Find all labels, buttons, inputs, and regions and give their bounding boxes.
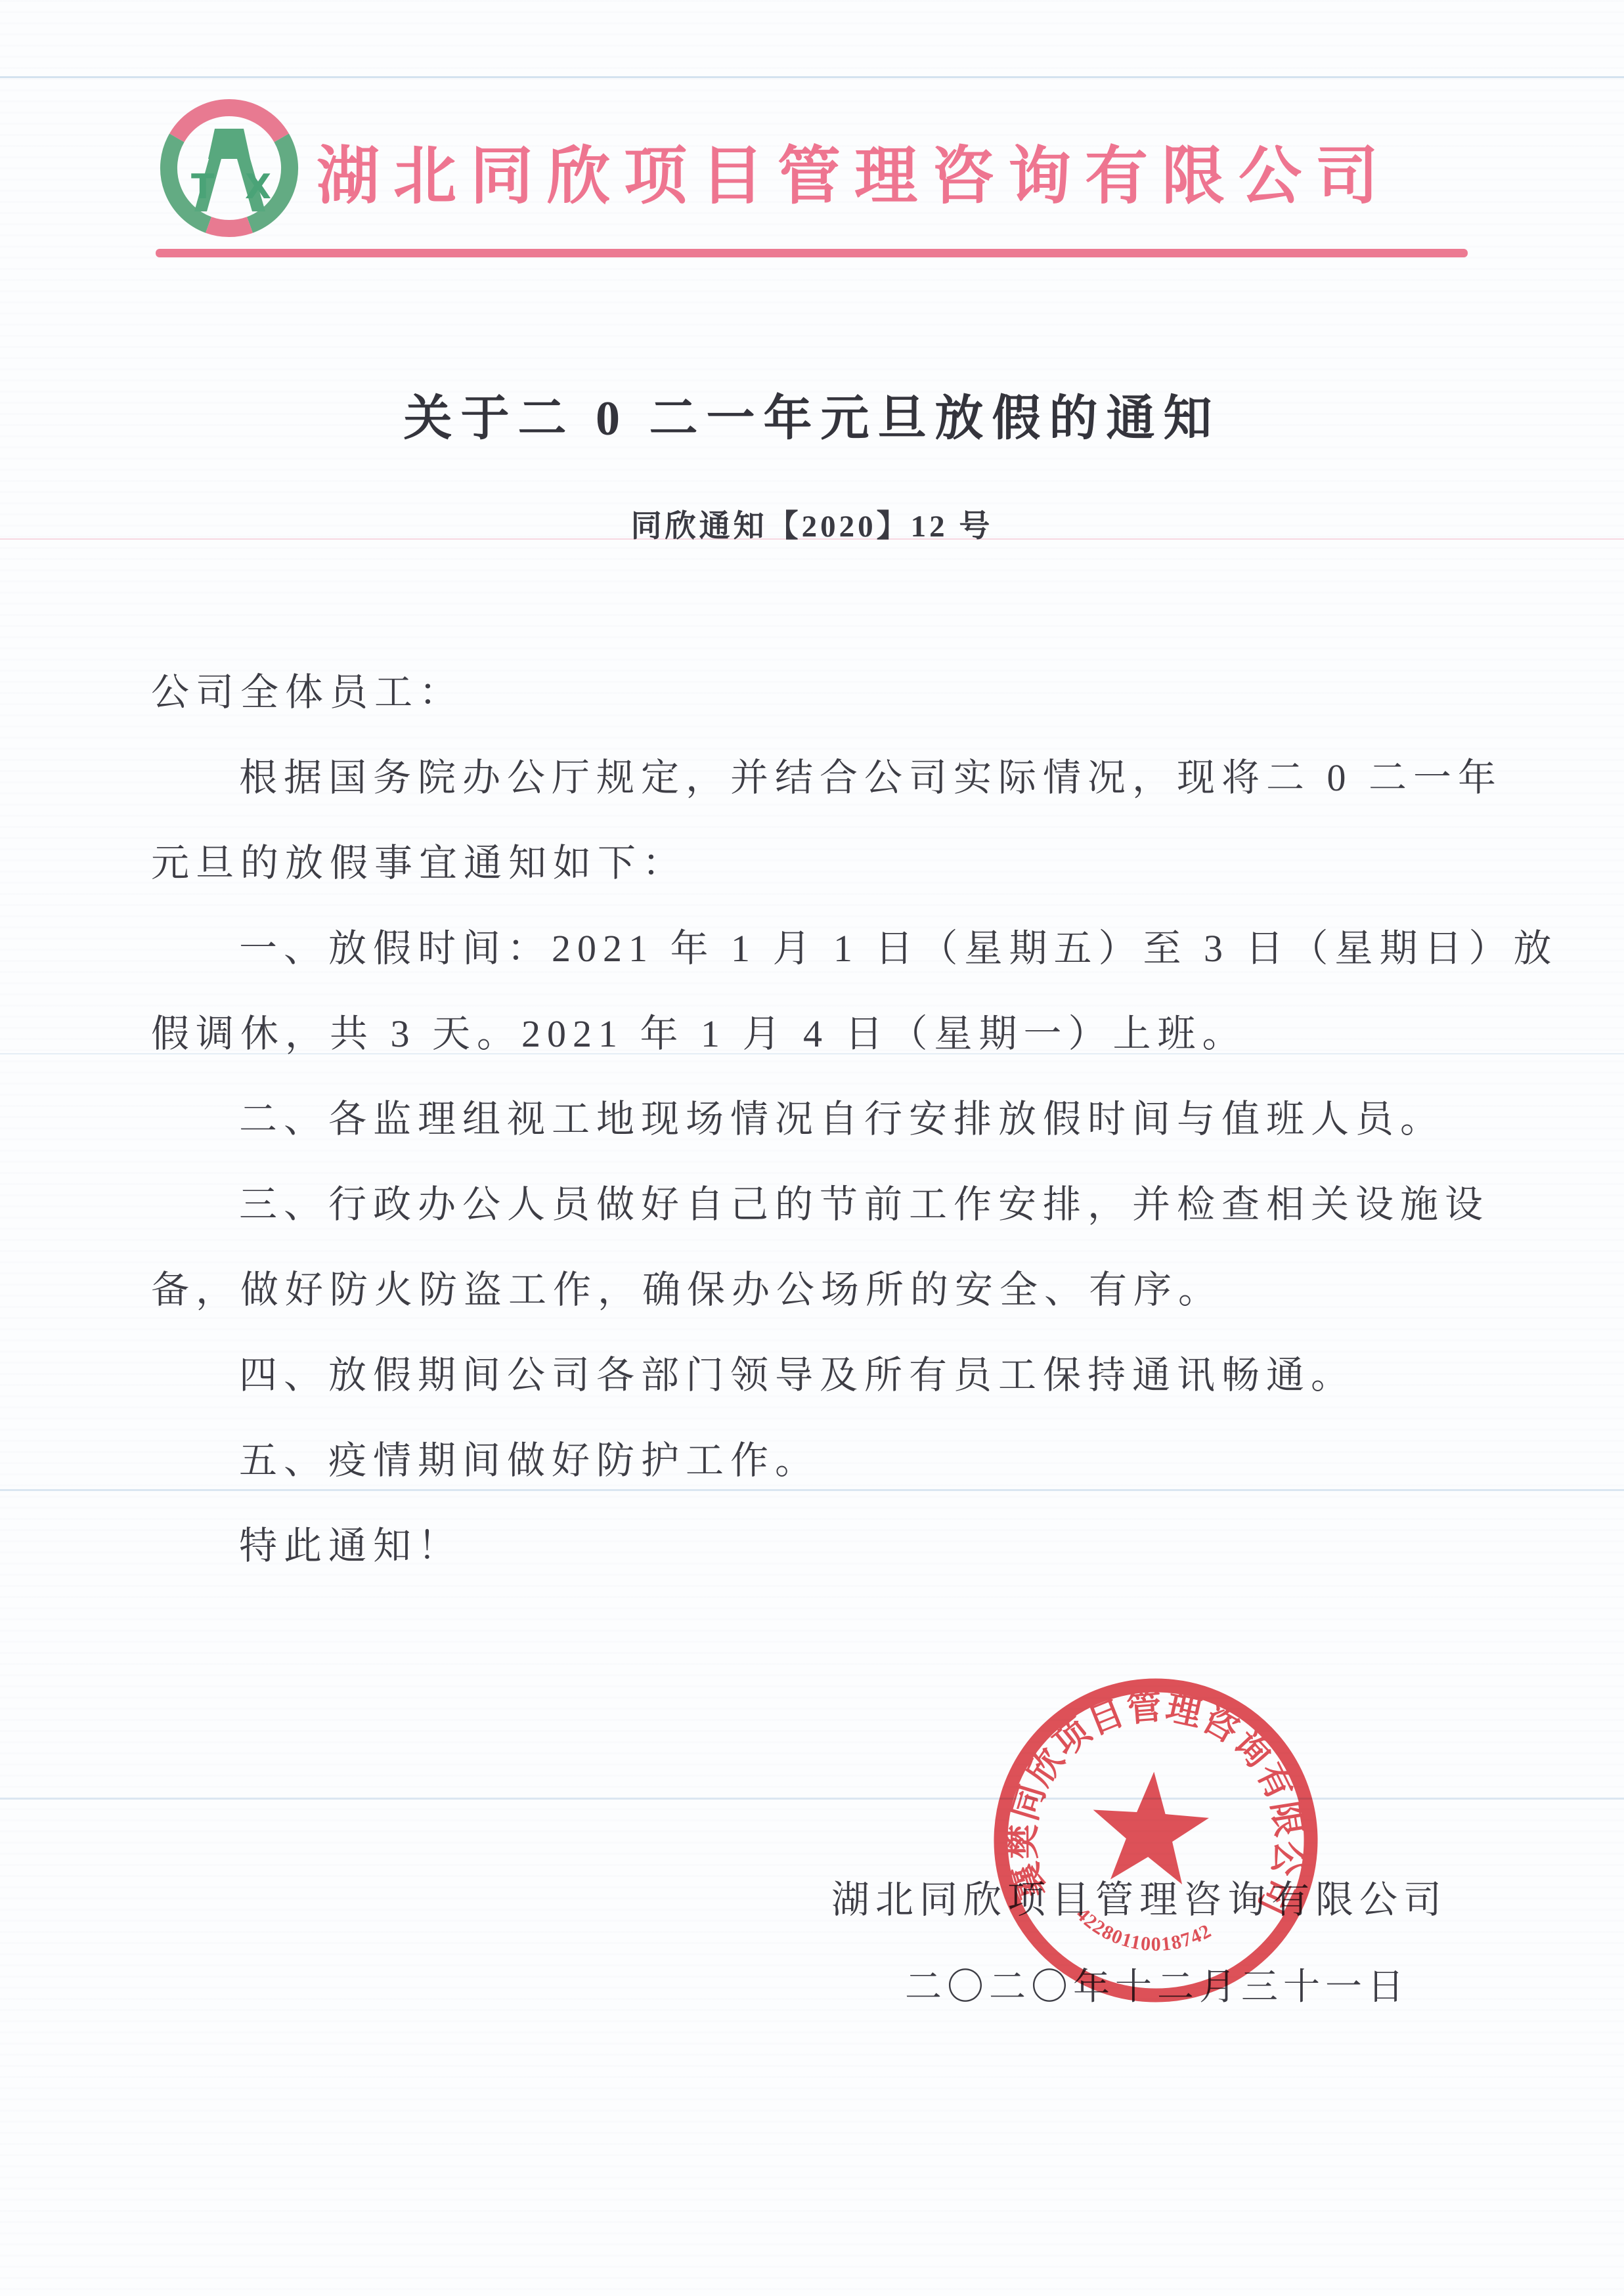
header-divider [156, 249, 1468, 257]
seal-star [1088, 1767, 1212, 1886]
scan-artifact-line [0, 1798, 1624, 1800]
seal-number: 42280110018742 [1070, 1903, 1218, 1960]
body-line: 根据国务院办公厅规定，并结合公司实际情况，现将二 0 二一年 [151, 735, 1491, 821]
scan-artifact-line [0, 76, 1624, 78]
notice-doc-number: 同欣通知【2020】12 号 [0, 502, 1624, 546]
body-line: 一、放假时间：2021 年 1 月 1 日（星期五）至 3 日（星期日）放 [151, 906, 1491, 991]
body-line: 备，做好防火防盗工作，确保办公场所的安全、有序。 [151, 1247, 1491, 1333]
header-company-name: 湖北同欣项目管理咨询有限公司 [317, 126, 1392, 216]
body-line: 公司全体员工： [151, 650, 1491, 735]
body-line: 二、各监理组视工地现场情况自行安排放假时间与值班人员。 [151, 1077, 1491, 1162]
logo-letter-x: X [245, 167, 271, 207]
company-seal: 襄樊同欣项目管理咨询有限公司 42280110018742 [970, 1655, 1342, 2026]
tax-logo-icon: T X [160, 98, 299, 240]
svg-text:42280110018742: 42280110018742 [1070, 1903, 1218, 1960]
body-line: 元旦的放假事宜通知如下： [151, 821, 1491, 906]
document-page: T X 湖北同欣项目管理咨询有限公司 关于二 0 二一年元旦放假的通知 同欣通知… [0, 0, 1624, 2296]
body-line: 三、行政办公人员做好自己的节前工作安排，并检查相关设施设 [151, 1162, 1491, 1247]
body-line: 假调休，共 3 天。2021 年 1 月 4 日（星期一）上班。 [151, 991, 1491, 1077]
body-lines: 公司全体员工：根据国务院办公厅规定，并结合公司实际情况，现将二 0 二一年元旦的… [151, 650, 1491, 1589]
logo-letter-t: T [191, 167, 215, 207]
notice-title: 关于二 0 二一年元旦放假的通知 [0, 379, 1624, 449]
body-line: 五、疫情期间做好防护工作。 [151, 1418, 1491, 1504]
body-line: 特此通知！ [151, 1504, 1491, 1589]
body-line: 四、放假期间公司各部门领导及所有员工保持通讯畅通。 [151, 1333, 1491, 1418]
